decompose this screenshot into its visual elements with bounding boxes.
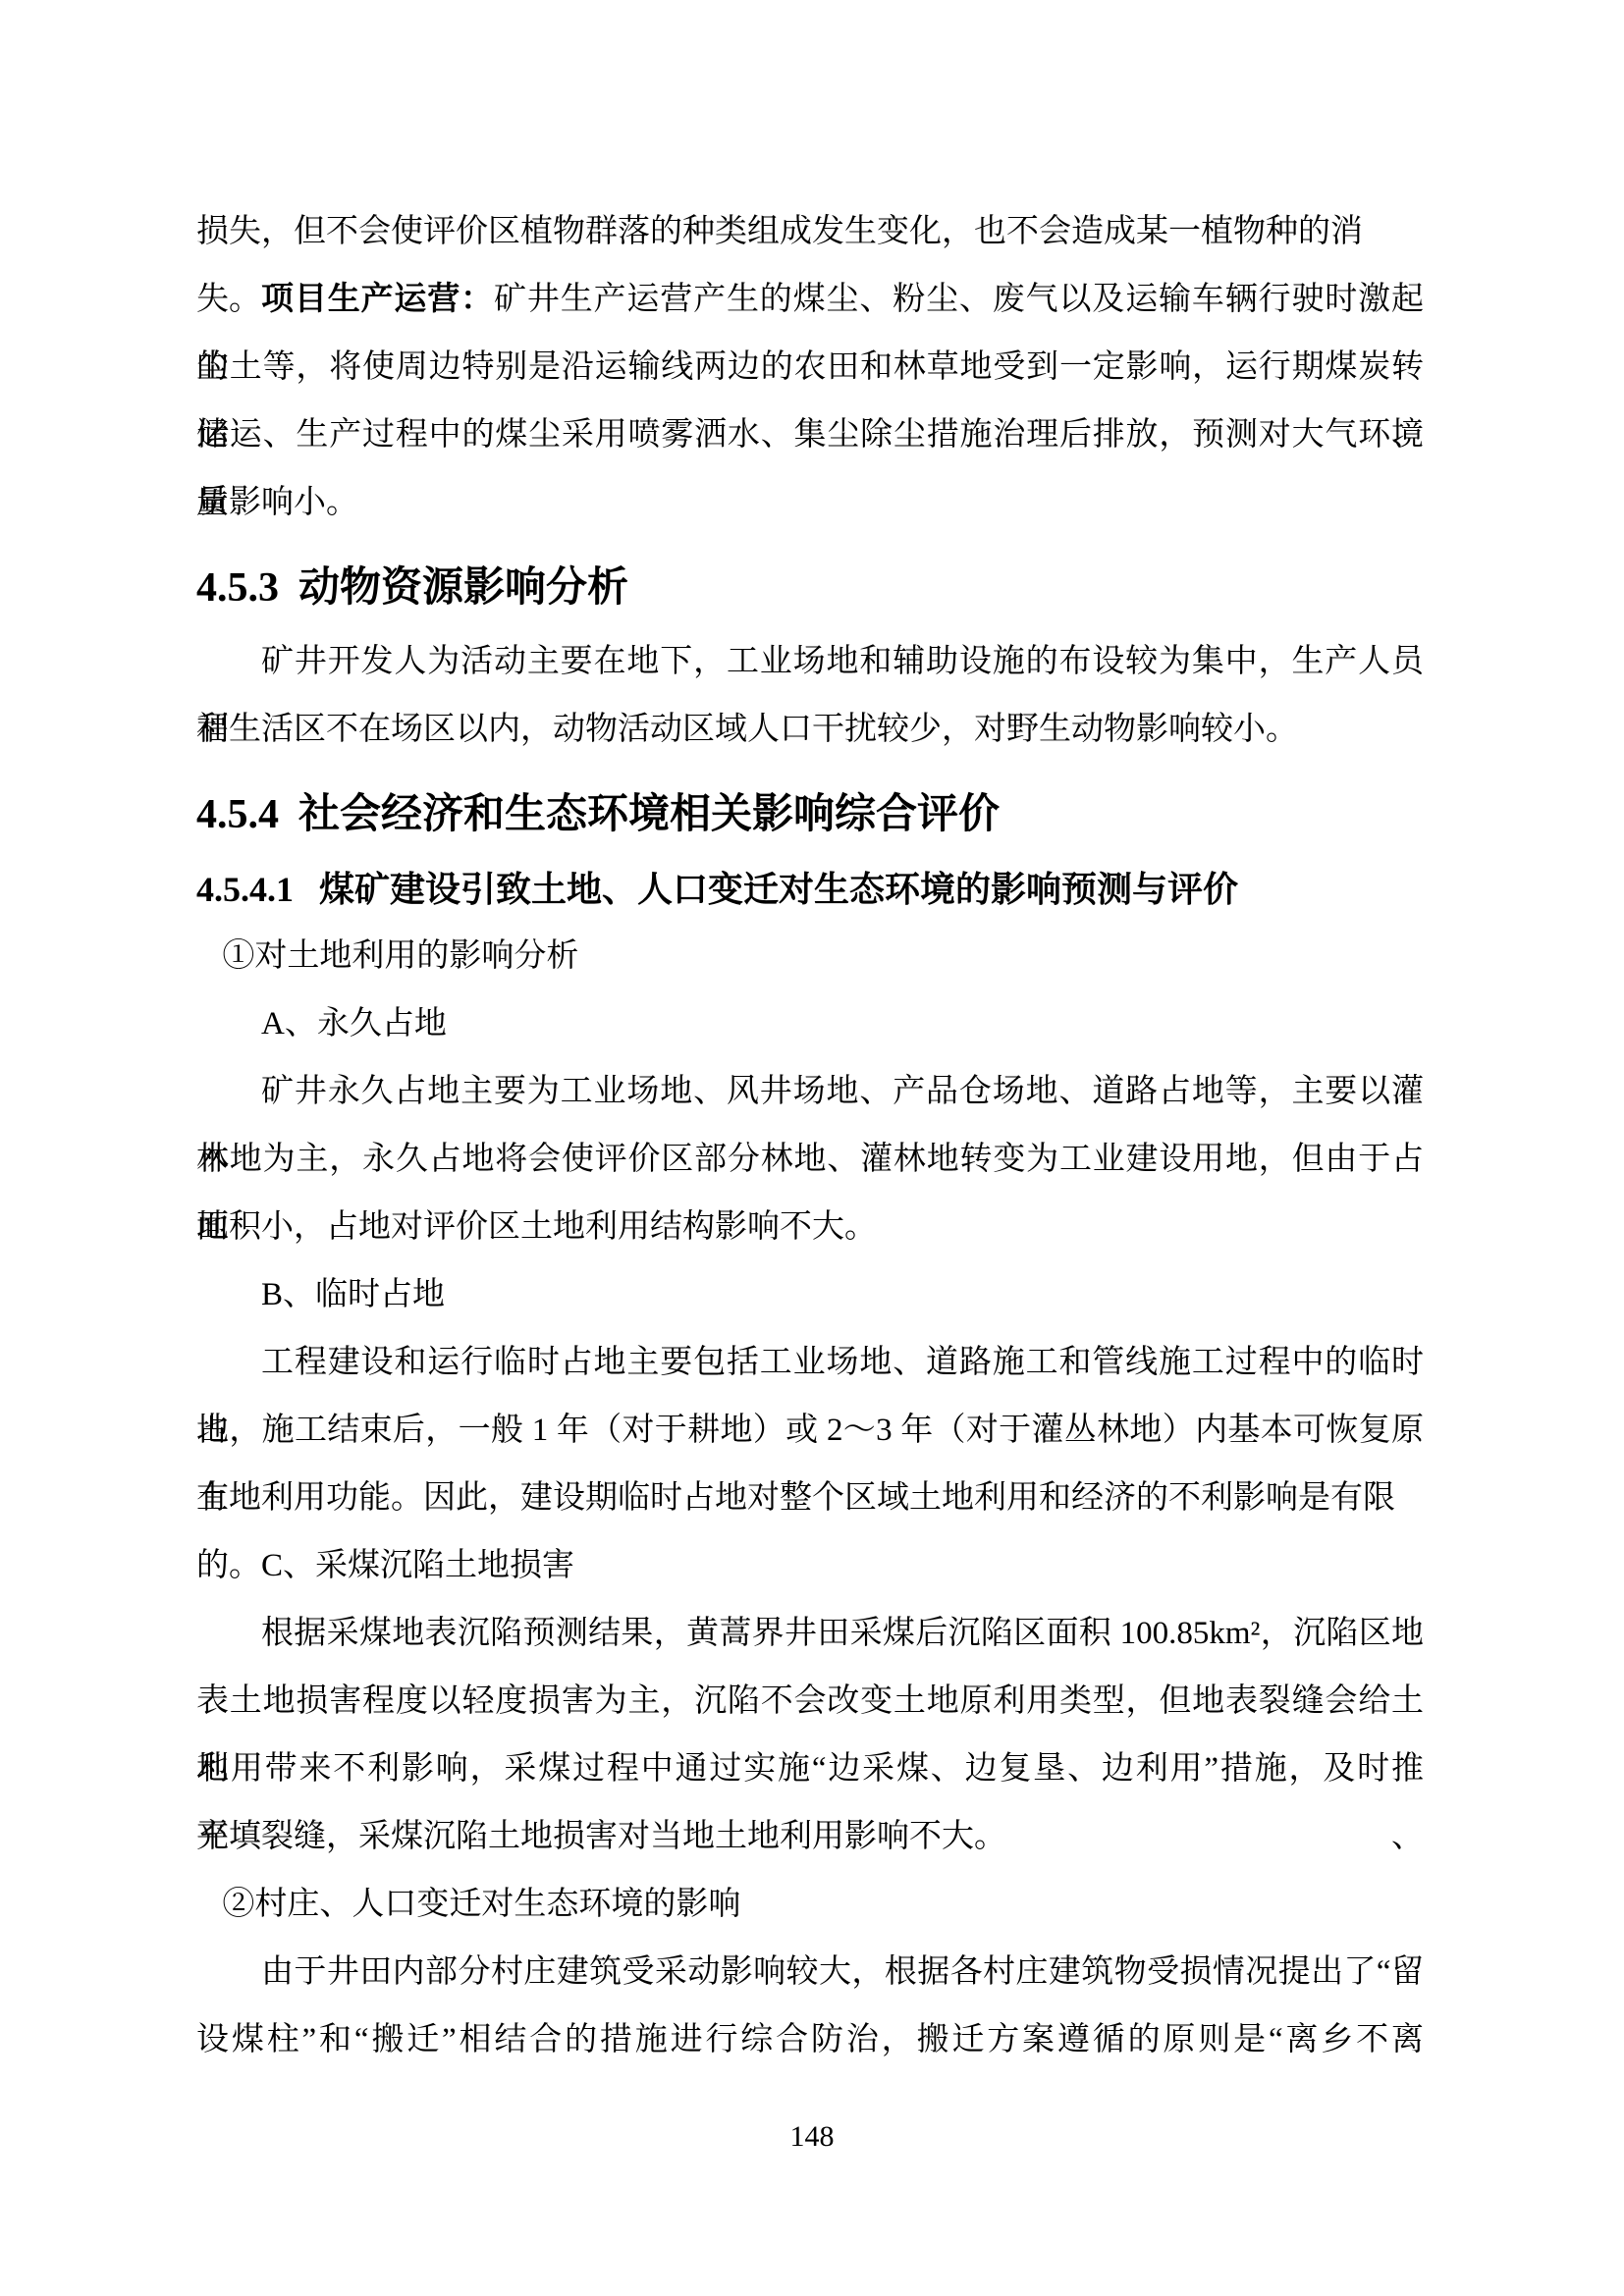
section-heading: 4.5.3动物资源影响分析 [196,553,1424,620]
bold-run: 项目生产运营： [261,282,494,317]
line-text: ②村庄、人口变迁对生态环境的影响 [222,1887,740,1922]
text-line: 设煤柱”和“搬迁”相结合的措施进行综合防治，搬迁方案遵循的原则是“离乡不离 [196,2006,1424,2074]
text-line: 损失，但不会使评价区植物群落的种类组成发生变化，也不会造成某一植物种的消失。 [196,198,1424,266]
line-text: 由于井田内部分村庄建筑受采动影响较大，根据各村庄建筑物受损情况提出了“留 [261,1954,1424,1990]
heading-number: 4.5.3 [196,565,279,611]
text-line: 表土地损害程度以轻度损害为主，沉陷不会改变土地原利用类型，但地表裂缝会给土地 [196,1668,1424,1735]
text-line: 尘土等，将使周边特别是沿运输线两边的农田和林草地受到一定影响，运行期煤炭转运、 [196,334,1424,401]
line-text: C、采煤沉陷土地损害 [261,1548,574,1583]
line-text: A、永久占地 [261,1006,447,1041]
heading-number: 4.5.4 [196,792,279,837]
text-line: 工程建设和运行临时占地主要包括工业场地、道路施工和管线施工过程中的临时占 [196,1329,1424,1397]
line-text: 设煤柱”和“搬迁”相结合的措施进行综合防治，搬迁方案遵循的原则是“离乡不离 [196,2022,1424,2057]
heading-text: 煤矿建设引致土地、人口变迁对生态环境的影响预测与评价 [319,869,1238,909]
text-line: 量影响小。 [196,469,1424,537]
text-line: A、永久占地 [196,990,1424,1058]
text-line: 矿井开发人为活动主要在地下，工业场地和辅助设施的布设较为集中，生产人员福 [196,628,1424,696]
text-line: 储运、生产过程中的煤尘采用喷雾洒水、集尘除尘措施治理后排放，预测对大气环境质 [196,401,1424,469]
text-line: ②村庄、人口变迁对生态环境的影响 [196,1871,1424,1939]
line-text: B、临时占地 [261,1277,445,1312]
text-line: 土地利用功能。因此，建设期临时占地对整个区域土地利用和经济的不利影响是有限的。 [196,1465,1424,1532]
line-text: 充填裂缝，采煤沉陷土地损害对当地土地利用影响不大。 [196,1819,1006,1854]
heading-text: 动物资源影响分析 [298,563,628,610]
heading-number: 4.5.4.1 [196,870,294,909]
section-heading: 4.5.4.1煤矿建设引致土地、人口变迁对生态环境的影响预测与评价 [196,855,1424,923]
text-line: 项目生产运营：矿井生产运营产生的煤尘、粉尘、废气以及运输车辆行驶时激起的 [196,266,1424,334]
text-line: 利用带来不利影响，采煤过程中通过实施“边采煤、边复垦、边利用”措施，及时推平、 [196,1735,1424,1803]
line-text: 面积小，占地对评价区土地利用结构影响不大。 [196,1209,877,1245]
text-line: 利生活区不在场区以内，动物活动区域人口干扰较少，对野生动物影响较小。 [196,696,1424,764]
text-line: 林地为主，永久占地将会使评价区部分林地、灌林地转变为工业建设用地，但由于占地 [196,1126,1424,1194]
line-text: 根据采煤地表沉陷预测结果，黄蒿界井田采煤后沉陷区面积 100.85km²，沉陷区… [261,1616,1424,1651]
text-line: 根据采煤地表沉陷预测结果，黄蒿界井田采煤后沉陷区面积 100.85km²，沉陷区… [196,1600,1424,1668]
text-line: 矿井永久占地主要为工业场地、风井场地、产品仓场地、道路占地等，主要以灌木 [196,1058,1424,1126]
section-heading: 4.5.4社会经济和生态环境相关影响综合评价 [196,779,1424,847]
page-content: 损失，但不会使评价区植物群落的种类组成发生变化，也不会造成某一植物种的消失。项目… [0,0,1624,2074]
text-line: B、临时占地 [196,1261,1424,1329]
text-line: C、采煤沉陷土地损害 [196,1532,1424,1600]
document-page: 损失，但不会使评价区植物群落的种类组成发生变化，也不会造成某一植物种的消失。项目… [0,0,1624,2296]
line-text: 利生活区不在场区以内，动物活动区域人口干扰较少，对野生动物影响较小。 [196,712,1298,747]
text-line: ①对土地利用的影响分析 [196,923,1424,990]
page-number: 148 [0,2117,1624,2157]
line-text: ①对土地利用的影响分析 [222,938,578,974]
text-line: 面积小，占地对评价区土地利用结构影响不大。 [196,1194,1424,1261]
text-line: 由于井田内部分村庄建筑受采动影响较大，根据各村庄建筑物受损情况提出了“留 [196,1939,1424,2006]
text-line: 地，施工结束后，一般 1 年（对于耕地）或 2～3 年（对于灌丛林地）内基本可恢… [196,1397,1424,1465]
line-text: 量影响小。 [196,485,358,520]
heading-text: 社会经济和生态环境相关影响综合评价 [298,790,1000,836]
